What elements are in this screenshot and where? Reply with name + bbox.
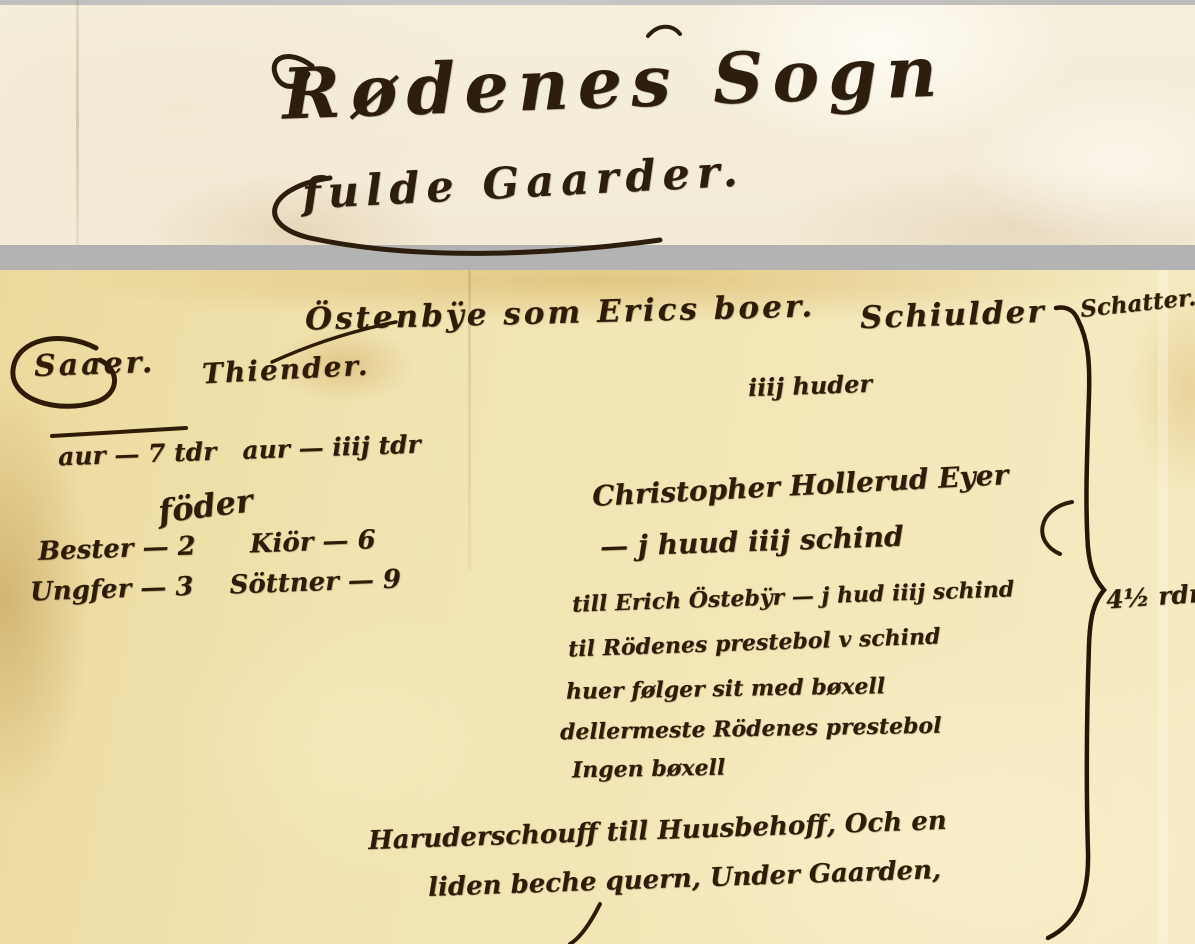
heading-scan: Rødenes Sogn fulde Gaarder.: [0, 0, 1195, 245]
ownership-line: dellermeste Rödenes prestebol: [560, 715, 942, 744]
parish-title: Rødenes Sogn: [281, 36, 947, 129]
parish-subtitle: fulde Gaarder.: [301, 150, 745, 216]
divider-band: [0, 245, 1195, 270]
skyld-value: iiij huder: [748, 372, 873, 400]
manuscript-page: Rødenes Sogn fulde Gaarder. Östenbÿe som…: [0, 0, 1195, 944]
ownership-line: Ingen bøxell: [572, 757, 726, 782]
sow-label: Saaer.: [34, 348, 156, 382]
tithe-label: Thiender.: [201, 352, 370, 389]
ownership-line: huer følger sit med bøxell: [566, 675, 885, 703]
column-header-skyld: Schiulder: [860, 297, 1047, 334]
tax-value: 4½ rdr.: [1105, 580, 1195, 612]
